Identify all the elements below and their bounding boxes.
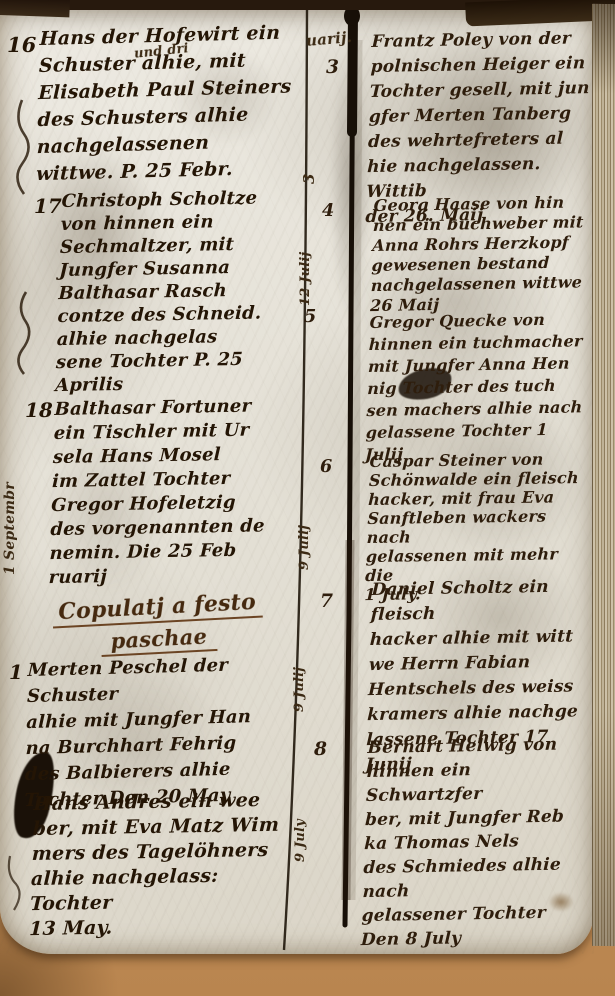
entry-text: Balthasar Fortuner ein Tischler mit Ur s… xyxy=(48,394,303,590)
entry-text: Bernart Helwig von hinnen ein Schwartzfe… xyxy=(360,732,594,952)
gutter-number-mark: 3 xyxy=(300,138,318,184)
ink-smear xyxy=(330,47,370,327)
gutter-date-note: 9 Julij xyxy=(292,642,307,712)
register-entry-unnumbered: Hans Andres ein wee ber, mit Eva Matz Wi… xyxy=(34,792,302,942)
gutter-date-note: 9 July xyxy=(293,792,308,862)
entry-number: 5 xyxy=(304,306,316,327)
register-entry-8: 8 Bernart Helwig von hinnen ein Schwartz… xyxy=(368,736,594,952)
page-edge-stack xyxy=(592,4,615,946)
register-entry-17: 17 Christoph Scholtze von hinnen ein Sec… xyxy=(62,190,302,397)
entry-number: 17 xyxy=(34,194,62,218)
entry-number: 4 xyxy=(322,200,334,221)
gutter-date-note: 9 Julij xyxy=(297,494,312,570)
entry-number: 8 xyxy=(314,738,327,760)
entry-number: 18 xyxy=(25,398,53,422)
entry-number: 6 xyxy=(320,456,332,477)
entry-number: 1 xyxy=(9,660,23,684)
entry-text: Hans Andres ein wee ber, mit Eva Matz Wi… xyxy=(29,787,302,942)
entry-number: 3 xyxy=(326,56,339,78)
entry-number: 7 xyxy=(320,590,333,612)
entry-text: Gregor Quecke von hinnen ein tuchmacher … xyxy=(365,308,592,466)
margin-date-note: 1 Septembr xyxy=(2,415,18,575)
entry-text: Christoph Scholtze von hinnen ein Sechma… xyxy=(55,186,302,397)
entry-number: 16 xyxy=(7,32,36,57)
manuscript-photo: 16 Hans der Hofewirt ein Schuster alhie,… xyxy=(0,0,615,996)
register-entry-4: 4 Georg Haase von hin nen ein buchweber … xyxy=(374,196,594,316)
register-entry-5: 5 Gregor Quecke von hinnen ein tuchmache… xyxy=(370,312,592,466)
gutter-date-note: 12 Julij xyxy=(298,230,313,306)
register-entry-18: 18 Balthasar Fortuner ein Tischler mit U… xyxy=(55,398,303,590)
binding-top-left-edge xyxy=(0,0,70,17)
entry-text: Georg Haase von hin nen ein buchweber mi… xyxy=(370,192,594,316)
